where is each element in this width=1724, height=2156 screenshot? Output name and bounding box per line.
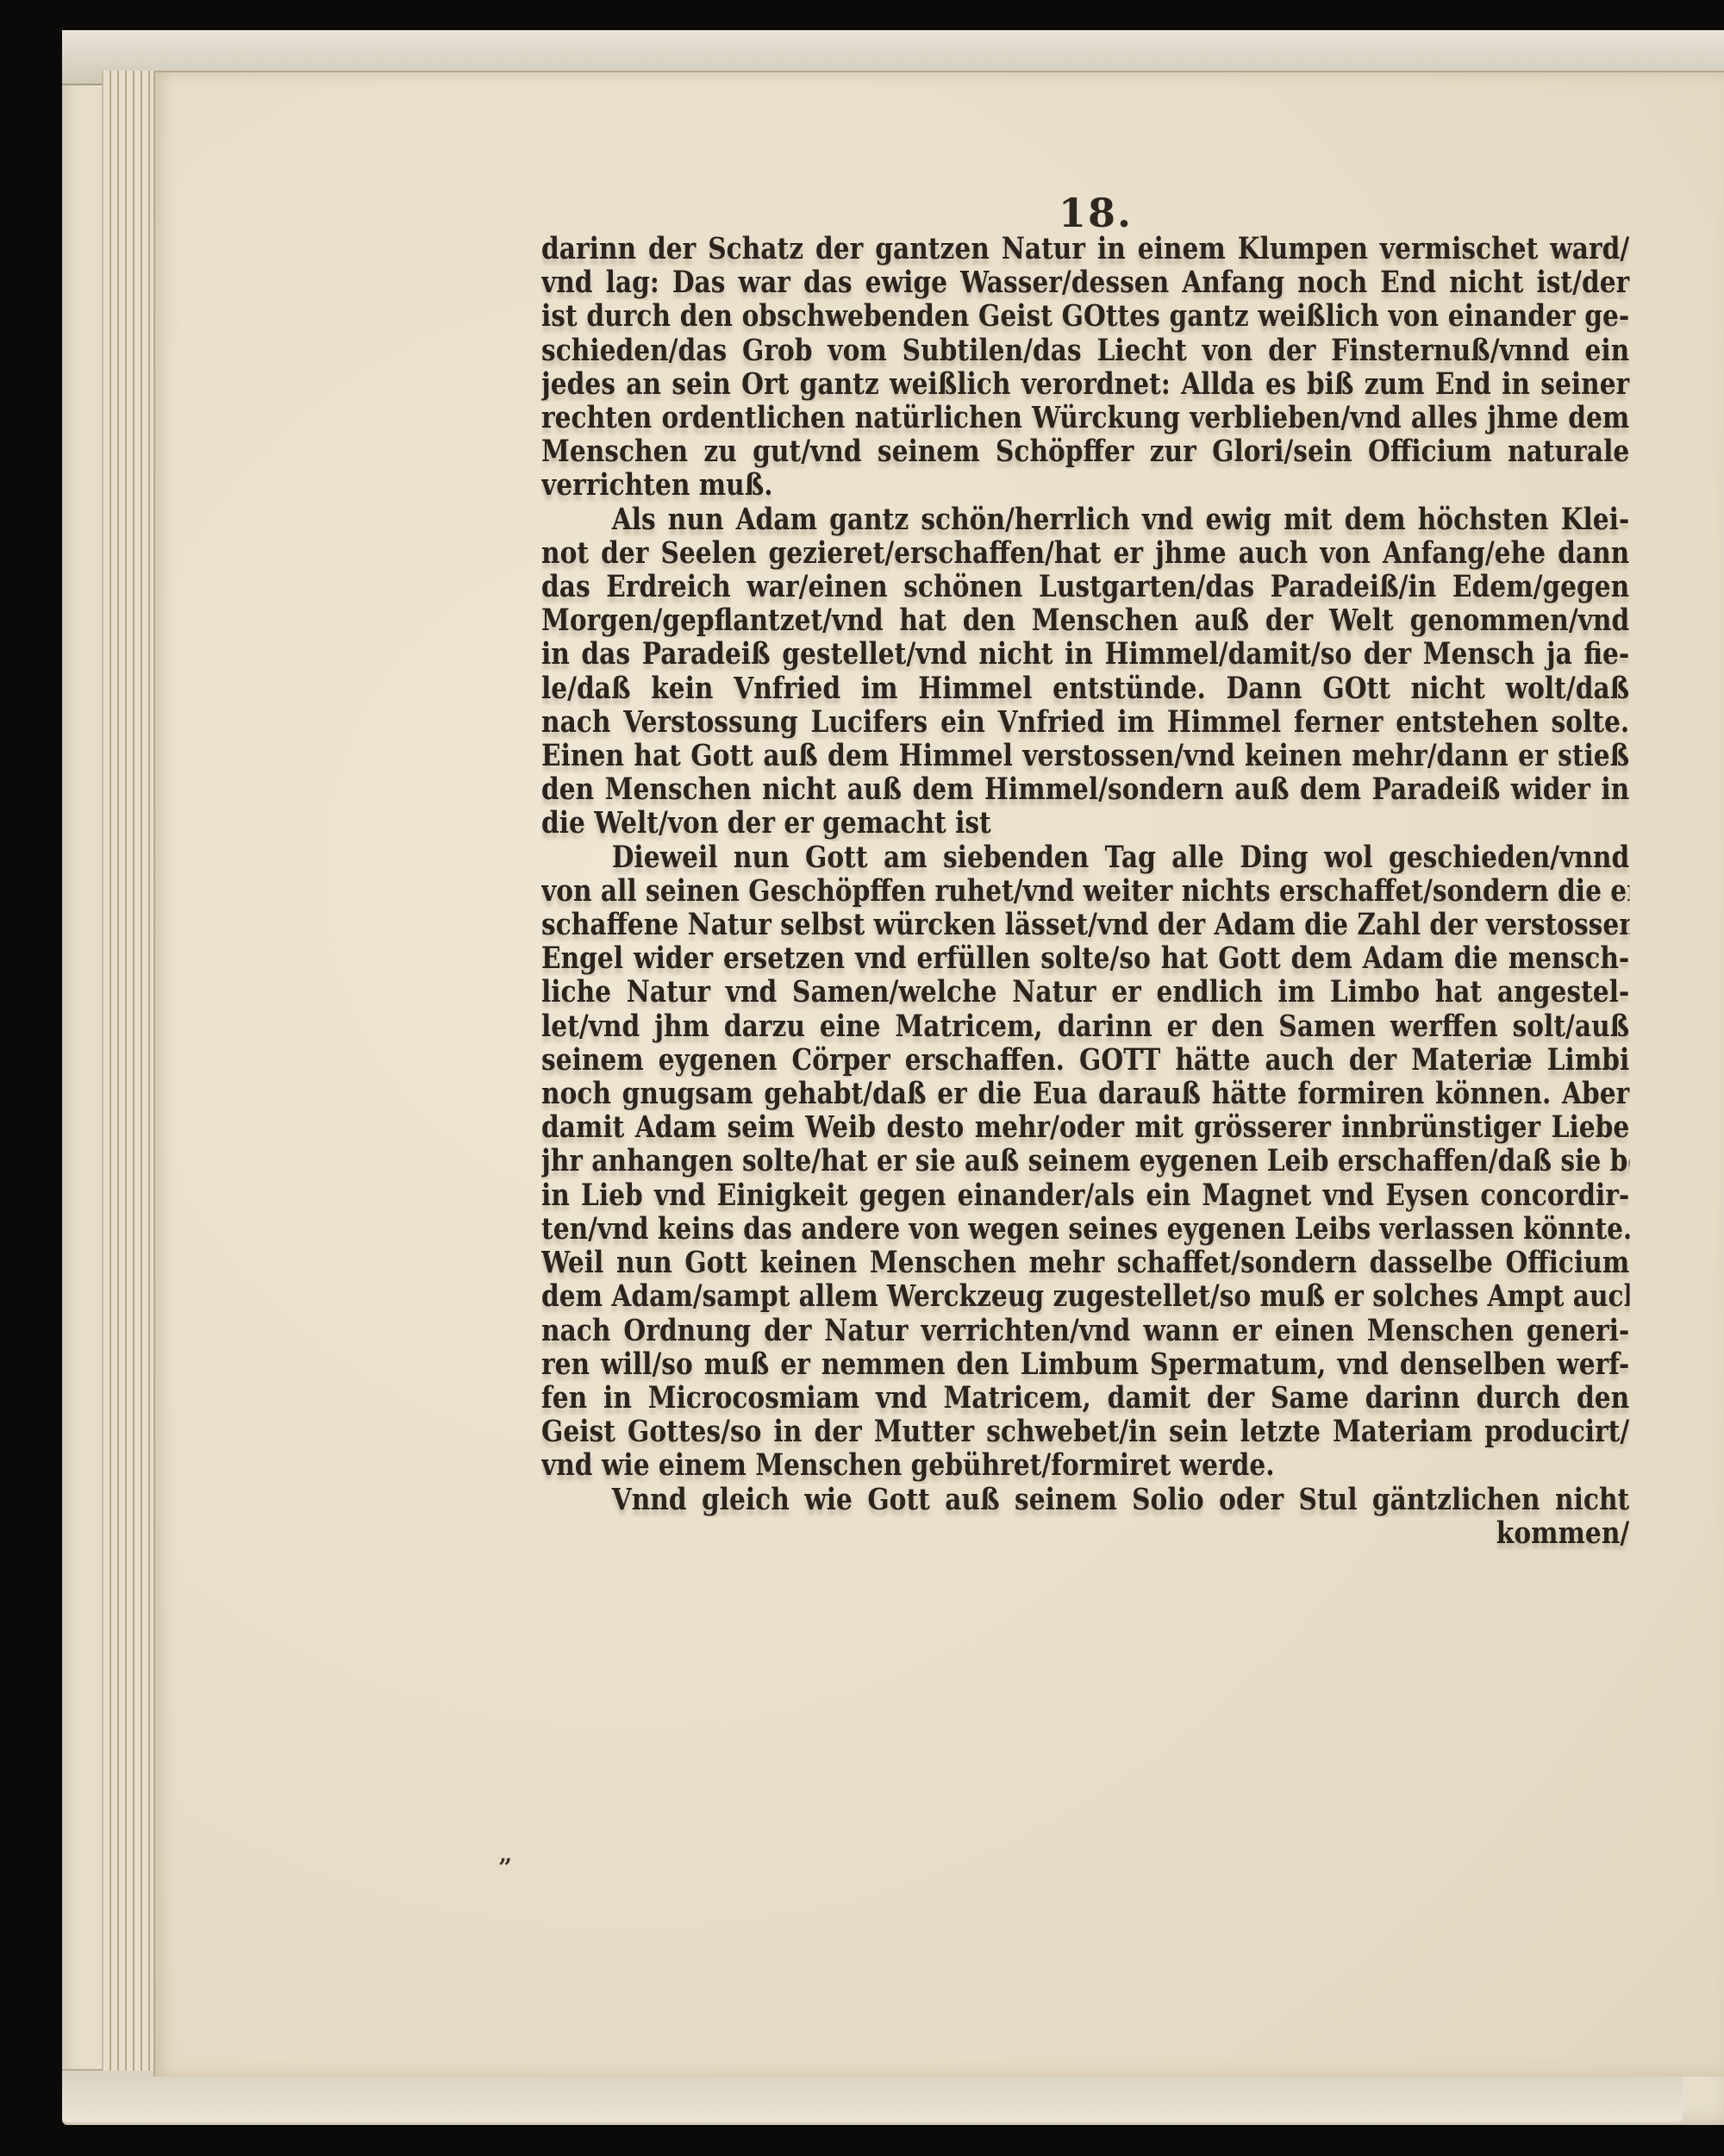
text-line: vnd wie einem Menschen gebühret/formiret…	[541, 1449, 1629, 1483]
binding-bottom-edge	[62, 2069, 1683, 2122]
text-line: let/vnd jhm darzu eine Matricem, darinn …	[541, 1010, 1629, 1044]
text-line: noch gnugsam gehabt/daß er die Eua darau…	[541, 1078, 1629, 1111]
paragraph-start-line: Dieweil nun Gott am siebenden Tag alle D…	[541, 841, 1629, 875]
text-line: vnd lag: Das war das ewige Wasser/dessen…	[541, 266, 1629, 300]
text-line: Geist Gottes/so in der Mutter schwebet/i…	[541, 1415, 1629, 1449]
text-line: liche Natur vnd Samen/welche Natur er en…	[541, 976, 1629, 1009]
text-line: dem Adam/sampt allem Werckzeug zugestell…	[541, 1280, 1629, 1314]
text-line: seinem eygenen Cörper erschaffen. GOTT h…	[541, 1044, 1629, 1078]
text-line: von all seinen Geschöpffen ruhet/vnd wei…	[541, 875, 1629, 909]
text-line: ist durch den obschwebenden Geist GOttes…	[541, 300, 1629, 334]
text-line: ren will/so muß er nemmen den Limbum Spe…	[541, 1348, 1629, 1382]
text-line: schaffene Natur selbst würcken lässet/vn…	[541, 909, 1629, 942]
text-line: in Lieb vnd Einigkeit gegen einander/als…	[541, 1179, 1629, 1213]
body-text: darinn der Schatz der gantzen Natur in e…	[541, 233, 1629, 1551]
page-stack-edges	[102, 71, 155, 2071]
text-line: jedes an sein Ort gantz weißlich verordn…	[541, 368, 1629, 402]
text-line: le/daß kein Vnfried im Himmel entstünde.…	[541, 672, 1629, 706]
page-number: 18.	[1059, 190, 1133, 236]
text-line: in das Paradeiß gestellet/vnd nicht in H…	[541, 638, 1629, 672]
text-line: Menschen zu gut/vnd seinem Schöpffer zur…	[541, 435, 1629, 469]
text-line: fen in Microcosmiam vnd Matricem, damit …	[541, 1382, 1629, 1415]
text-line: Engel wider ersetzen vnd erfüllen solte/…	[541, 942, 1629, 976]
marginal-mark: ”	[498, 1853, 512, 1882]
text-line: rechten ordentlichen natürlichen Würckun…	[541, 402, 1629, 435]
text-line: Weil nun Gott keinen Menschen mehr schaf…	[541, 1247, 1629, 1280]
paragraph-start-line: Vnnd gleich wie Gott auß seinem Solio od…	[541, 1484, 1629, 1517]
text-line: die Welt/von der er gemacht ist	[541, 807, 1629, 841]
text-line: nach Ordnung der Natur verrichten/vnd wa…	[541, 1315, 1629, 1348]
text-line: Einen hat Gott auß dem Himmel verstossen…	[541, 740, 1629, 773]
text-line: jhr anhangen solte/hat er sie auß seinem…	[541, 1145, 1629, 1178]
paragraph-start-line: Als nun Adam gantz schön/herrlich vnd ew…	[541, 503, 1629, 537]
text-line: schieden/das Grob vom Subtilen/das Liech…	[541, 334, 1629, 368]
text-line: nach Verstossung Lucifers ein Vnfried im…	[541, 706, 1629, 740]
text-line: den Menschen nicht auß dem Himmel/sonder…	[541, 773, 1629, 807]
text-line: damit Adam seim Weib desto mehr/oder mit…	[541, 1111, 1629, 1145]
text-line: Morgen/gepflantzet/vnd hat den Menschen …	[541, 604, 1629, 638]
text-line: ten/vnd keins das andere von wegen seine…	[541, 1213, 1629, 1247]
text-line: not der Seelen gezieret/erschaffen/hat e…	[541, 537, 1629, 571]
catchword: kommen/	[541, 1517, 1629, 1551]
text-line: das Erdreich war/einen schönen Lustgarte…	[541, 571, 1629, 604]
text-line: verrichten muß.	[541, 469, 1629, 503]
text-line: darinn der Schatz der gantzen Natur in e…	[541, 233, 1629, 266]
